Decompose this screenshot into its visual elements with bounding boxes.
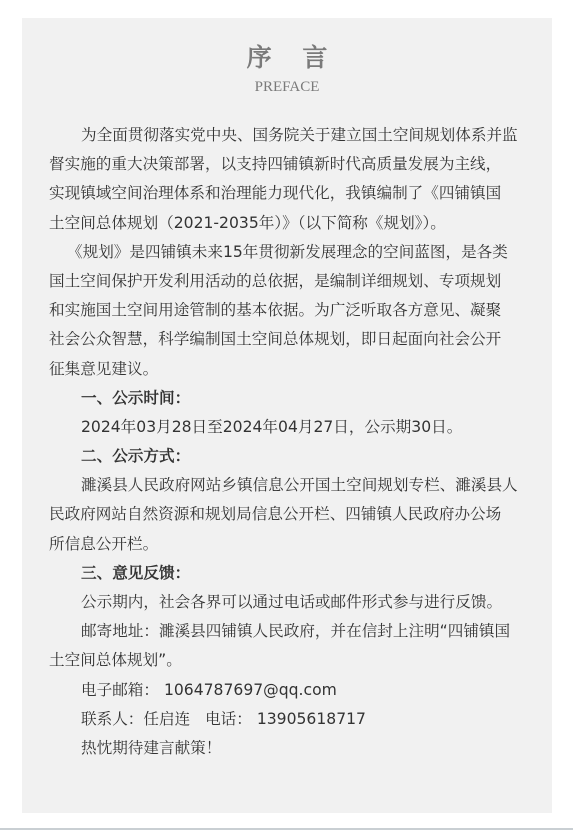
paragraph-line: 社会公众智慧，科学编制国土空间总体规划，即日起面向社会公开 [49, 325, 529, 354]
phone-label: 电话： [205, 710, 252, 728]
paragraph-line: 实现镇域空间治理体系和治理能力现代化，我镇编制了《四铺镇国 [49, 179, 529, 208]
paragraph-line: 征集意见建议。 [49, 355, 529, 384]
email-link[interactable]: 1064787697@qq.com [164, 681, 337, 699]
section-heading-method: 二、公示方式： [49, 442, 529, 471]
paragraph-line: 土空间总体规划（2021-2035年）》（以下简称《规划》）。 [49, 209, 529, 238]
paragraph-line: 濉溪县人民政府网站乡镇信息公开国土空间规划专栏、濉溪县人 [49, 471, 529, 500]
preface-panel: 序 言 PREFACE 为全面贯彻落实党中央、国务院关于建立国土空间规划体系并监… [22, 18, 552, 813]
paragraph-line: 督实施的重大决策部署，以支持四铺镇新时代高质量发展为主线， [49, 150, 529, 179]
contact-row: 联系人：任启连 电话： 13905618717 [49, 705, 529, 734]
phone-number: 13905618717 [257, 710, 366, 728]
email-label: 电子邮箱： [81, 681, 159, 699]
section-heading-time: 一、公示时间： [49, 384, 529, 413]
closing-line: 热忱期待建言献策！ [49, 734, 529, 763]
paragraph-line: 国土空间保护开发利用活动的总依据，是编制详细规划、专项规划 [49, 267, 529, 296]
paragraph-line: 《规划》是四铺镇未来15年贯彻新发展理念的空间蓝图，是各类 [49, 238, 529, 267]
email-row: 电子邮箱： 1064787697@qq.com [49, 676, 529, 705]
bottom-divider [0, 828, 573, 830]
preface-body: 为全面贯彻落实党中央、国务院关于建立国土空间规划体系并监 督实施的重大决策部署，… [49, 121, 529, 763]
mail-address: 邮寄地址：濉溪县四铺镇人民政府，并在信封上注明“四铺镇国 [49, 617, 529, 646]
mail-address: 土空间总体规划”。 [49, 646, 529, 675]
feedback-intro: 公示期内，社会各界可以通过电话或邮件形式参与进行反馈。 [49, 588, 529, 617]
paragraph-line: 民政府网站自然资源和规划局信息公开栏、四铺镇人民政府办公场 [49, 500, 529, 529]
paragraph-line: 和实施国土空间用途管制的基本依据。为广泛听取各方意见、凝聚 [49, 296, 529, 325]
paragraph-line: 为全面贯彻落实党中央、国务院关于建立国土空间规划体系并监 [49, 121, 529, 150]
notice-period: 2024年03月28日至2024年04月27日，公示期30日。 [49, 413, 529, 442]
paragraph-line: 所信息公开栏。 [49, 530, 529, 559]
section-heading-feedback: 三、意见反馈： [49, 559, 529, 588]
contact-label: 联系人： [81, 710, 143, 728]
contact-name: 任启连 [143, 710, 190, 728]
page-subtitle: PREFACE [22, 78, 552, 96]
page-title: 序 言 [22, 42, 552, 74]
